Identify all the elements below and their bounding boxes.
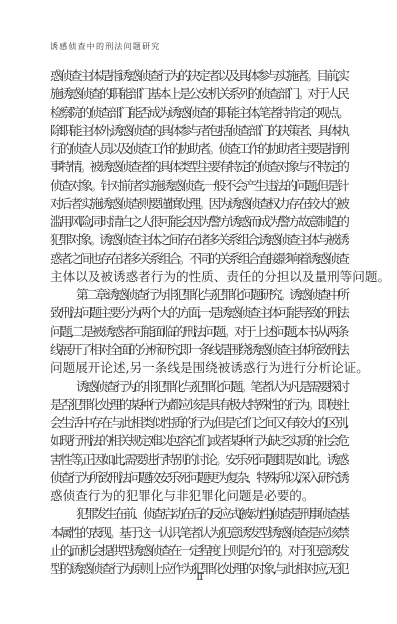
text-line: 侦查行为所致刑法问题较安乐死问题更为复杂、特殊,所以,深入研究诱 xyxy=(50,469,347,487)
text-line: 害性等,正因如此,需要进行特别的讨论。安乐死问题即是如此。诱惑 xyxy=(50,451,347,469)
text-line: 施诱惑侦查的职能部门基本上是公安机关系列的侦查部门。对于人民 xyxy=(50,85,347,103)
body-text: 惑侦查主体是指诱惑侦查行为的决定者以及具体参与实施者。目前,实施诱惑侦查的职能部… xyxy=(50,67,347,578)
text-line: 惑侦查主体是指诱惑侦查行为的决定者以及具体参与实施者。目前,实 xyxy=(50,67,347,85)
text-line: 犯罪发生在前、侦查启动在后的反应式(被动性)侦查是刑事侦查基 xyxy=(50,505,347,523)
text-line: 行的侦查人员以及侦查工作的协助者。侦查工作的协助者主要是指刑 xyxy=(50,140,347,158)
running-head: 诱感侦查中的刑法问题研究 xyxy=(50,41,160,52)
text-line: 除职能主体外,诱惑侦查的具体参与者包括侦查部门的决策者、具体执 xyxy=(50,122,347,140)
text-line: 第二章:诱惑侦查行为非犯罪化与犯罪化问题研究。诱惑侦查中所 xyxy=(50,286,347,304)
text-line: 滥用风险,同时清白之人很可能会因为警方诱惑而成为警方故意制造的 xyxy=(50,213,347,231)
text-line: 致刑法问题主要分为两个大的方面,一是诱惑侦查主体可能导致的刑法 xyxy=(50,304,347,322)
text-line: 会生活中存在与此相类似性质的行为,但是它们之间又有较大的区别, xyxy=(50,414,347,432)
text-line: 主体以及被诱惑者行为的性质、责任的分担以及量刑等问题。 xyxy=(50,268,347,286)
text-line: 犯罪对象。诱惑侦查主体之间存在诸多关系组合,诱惑侦查主体与被诱 xyxy=(50,231,347,249)
text-line: 惑者之间也存在诸多关系组合。不同的关系组合直接影响着诱惑侦查 xyxy=(50,250,347,268)
text-line: 侦查对象。针对前者实施诱惑侦查,一般不会产生违法的问题,但是针 xyxy=(50,177,347,195)
text-line: 惑侦查行为的犯罪化与非犯罪化问题是必要的。 xyxy=(50,487,347,505)
text-line: 问题,二是被诱惑者可能面临的刑法问题。对于上述问题,本书从两条 xyxy=(50,323,347,341)
text-line: 本属性的表现。基于这一认识,笔者认为犯意诱发型诱惑侦查是应该禁 xyxy=(50,524,347,542)
text-line: 事特情。被诱惑侦查者的具体类型主要有特定的侦查对象与不特定的 xyxy=(50,158,347,176)
text-line: 是否犯罪化处理的某种行为都应该是具有极大特殊性的行为。即使社 xyxy=(50,396,347,414)
page-number: Ⅱ xyxy=(196,570,203,583)
text-line: 对后者实施诱惑侦查则要谨慎处理。因为诱惑侦查权力存在较大的被 xyxy=(50,195,347,213)
document-page: 诱感侦查中的刑法问题研究 惑侦查主体是指诱惑侦查行为的决定者以及具体参与实施者。… xyxy=(0,0,397,624)
text-line: 如现行刑法的相关规定难以包容它们,或者某种行为缺乏实质的社会危 xyxy=(50,432,347,450)
text-line: 线展开了相对全面的分析研究,即一条线是围绕诱惑侦查主体所致刑法 xyxy=(50,341,347,359)
text-line: 检察院的侦查部门能否成为诱惑侦查的职能主体,笔者持肯定的观点。 xyxy=(50,104,347,122)
text-line: 诱惑侦查行为的非犯罪化与犯罪化问题。笔者认为凡是需要探讨 xyxy=(50,378,347,396)
text-line: 问题展开论述,另一条线是围绕被诱惑行为进行分析论证。 xyxy=(50,359,347,377)
text-line: 止的,而机会提供型诱惑侦查在一定程度上则是允许的。对于犯意诱发 xyxy=(50,542,347,560)
